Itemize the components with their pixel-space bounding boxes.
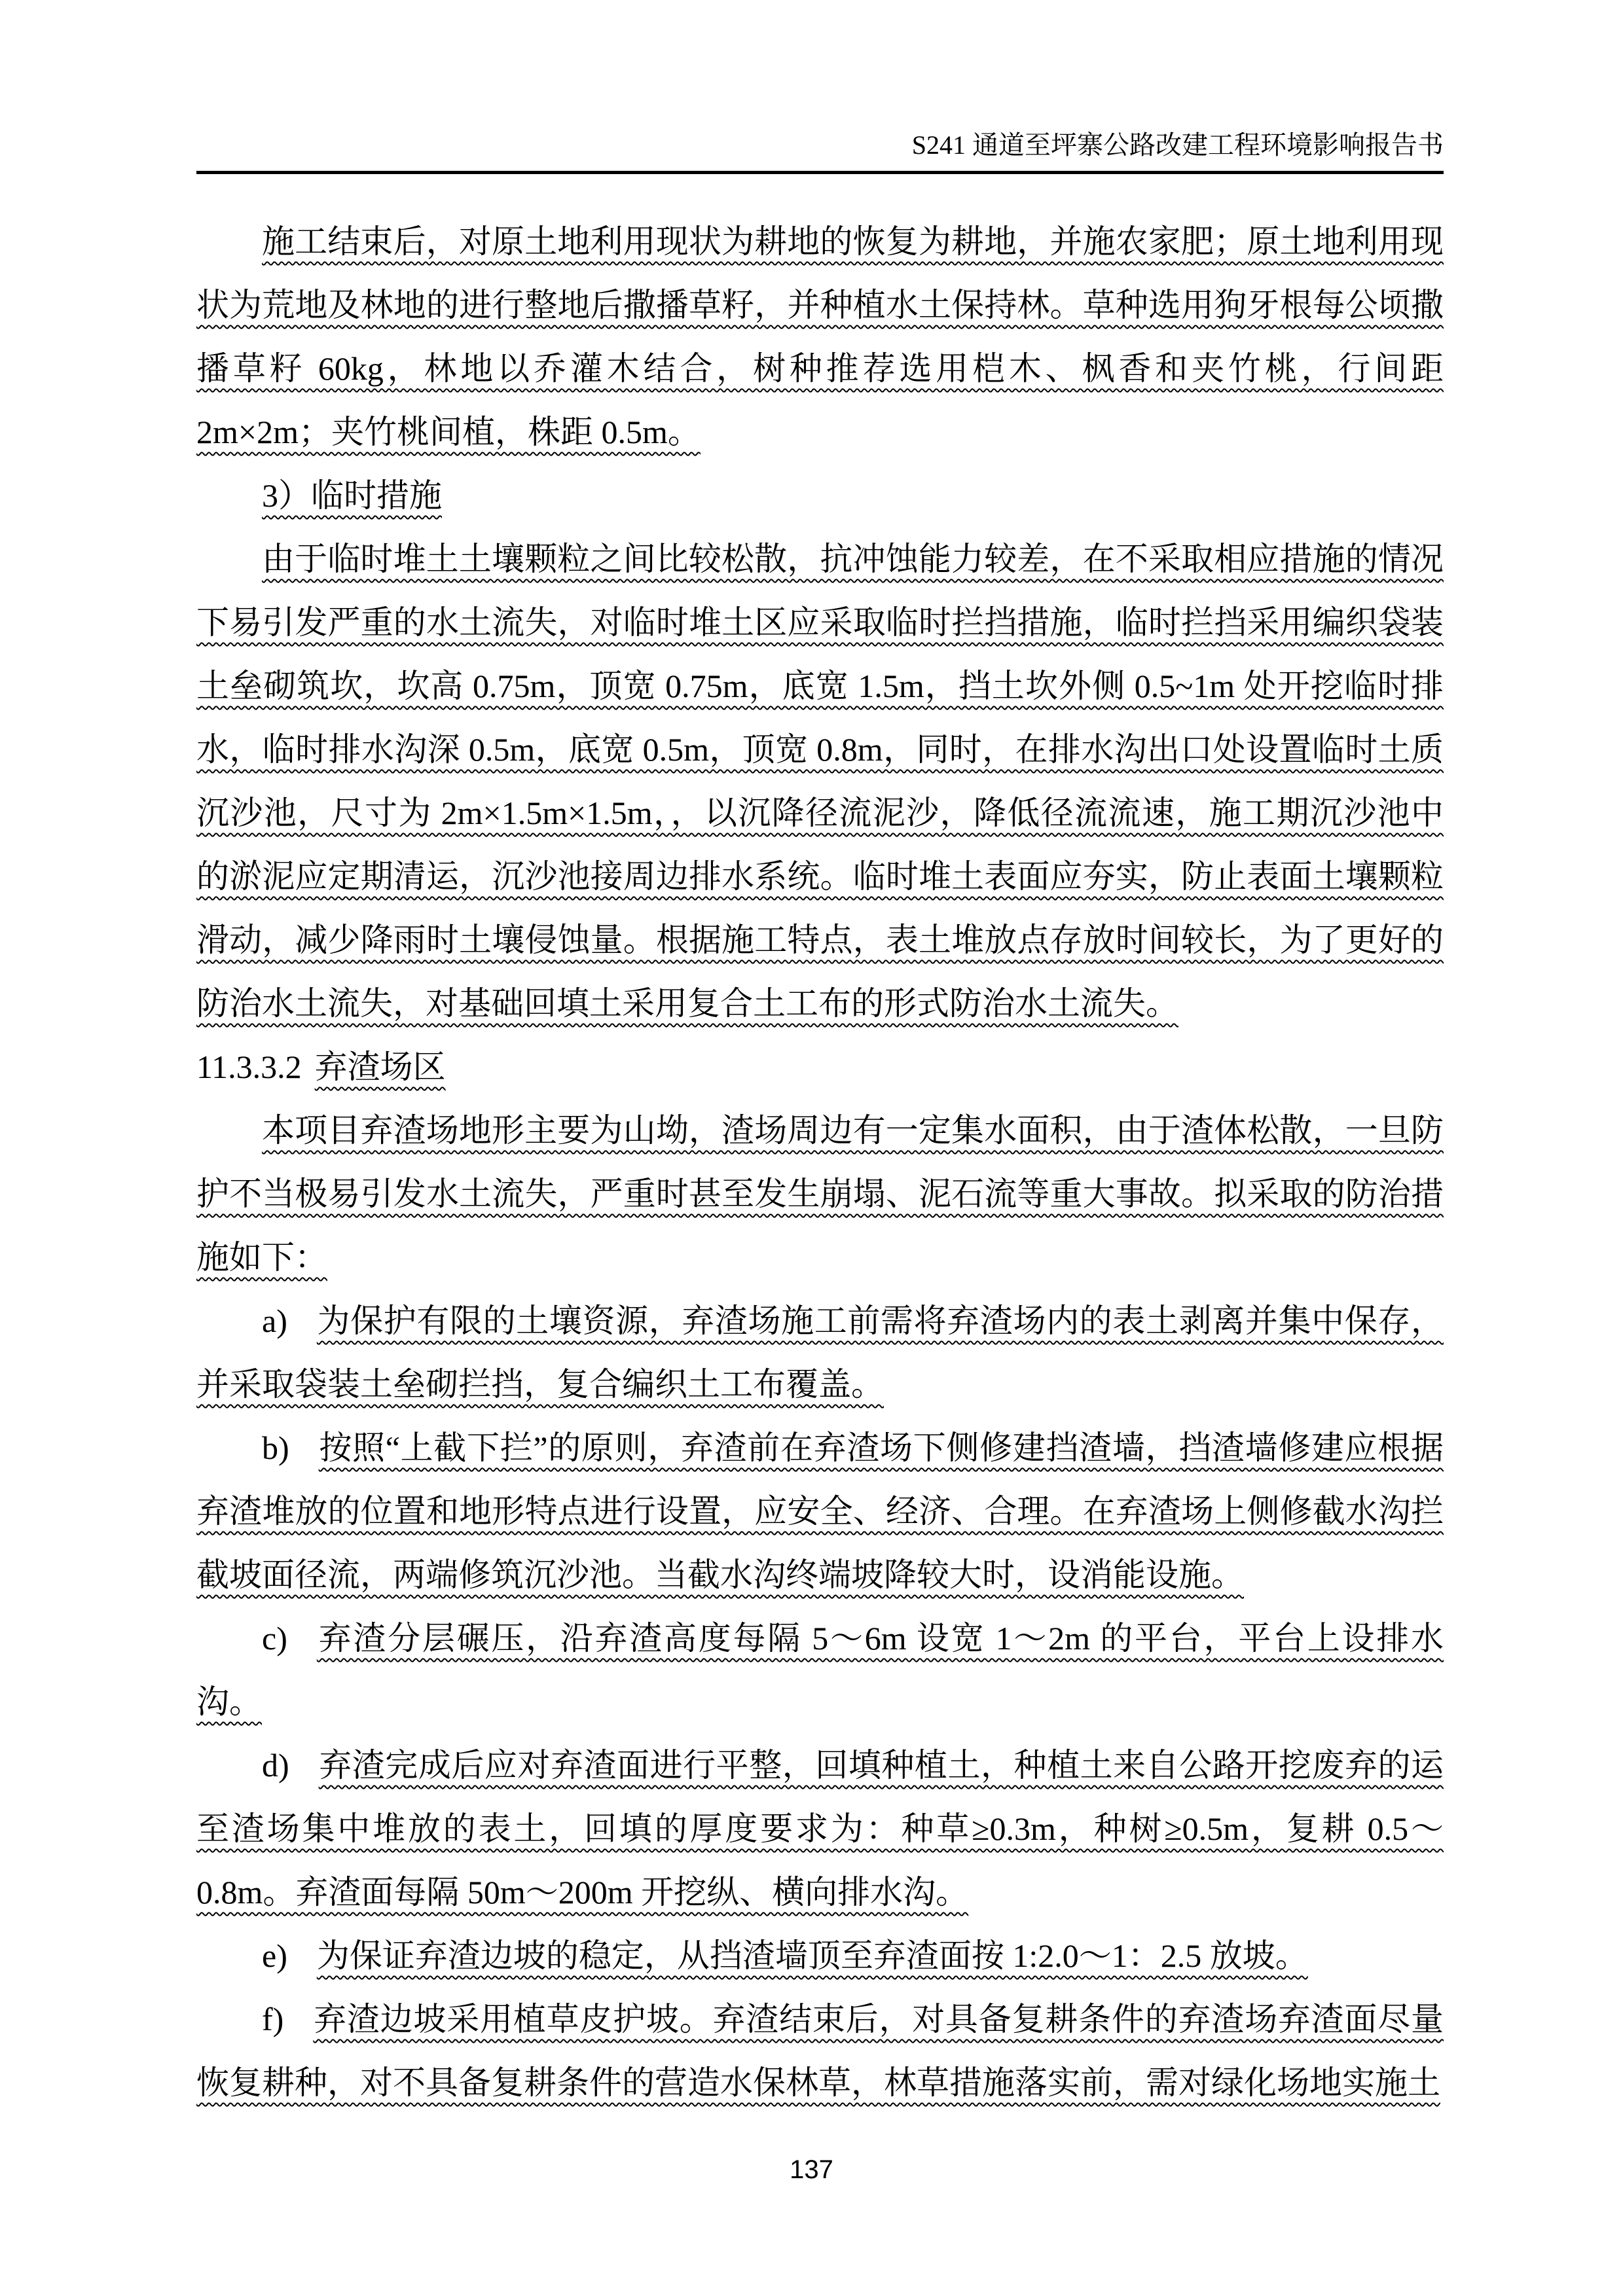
list-marker-c: c) bbox=[262, 1620, 287, 1657]
page-number: 137 bbox=[0, 2155, 1623, 2185]
list-marker-d: d) bbox=[262, 1747, 289, 1784]
list-item-c: c)弃渣分层碾压，沿弃渣高度每隔 5～6m 设宽 1～2m 的平台，平台上设排水… bbox=[196, 1607, 1444, 1734]
page-header: S241 通道至坪寨公路改建工程环境影响报告书 bbox=[196, 128, 1444, 162]
list-text-d: 弃渣完成后应对弃渣面进行平整，回填种植土，种植土来自公路开挖废弃的运至渣场集中堆… bbox=[196, 1747, 1444, 1910]
heading-temporary-measures: 3）临时措施 bbox=[196, 464, 1444, 528]
list-text-f: 弃渣边坡采用植草皮护坡。弃渣结束后，对具备复耕条件的弃渣场弃渣面尽量恢复耕种，对… bbox=[196, 2001, 1444, 2101]
document-body: 施工结束后，对原土地利用现状为耕地的恢复为耕地，并施农家肥；原土地利用现状为荒地… bbox=[196, 210, 1444, 2115]
paragraph-land-restoration: 施工结束后，对原土地利用现状为耕地的恢复为耕地，并施农家肥；原土地利用现状为荒地… bbox=[196, 210, 1444, 464]
list-item-d: d)弃渣完成后应对弃渣面进行平整，回填种植土，种植土来自公路开挖废弃的运至渣场集… bbox=[196, 1734, 1444, 1924]
paragraph-land-restoration-text: 施工结束后，对原土地利用现状为耕地的恢复为耕地，并施农家肥；原土地利用现状为荒地… bbox=[196, 223, 1444, 450]
list-item-a: a)为保护有限的土壤资源，弃渣场施工前需将弃渣场内的表土剥离并集中保存，并采取袋… bbox=[196, 1289, 1444, 1416]
list-marker-f: f) bbox=[262, 2001, 283, 2037]
list-marker-e: e) bbox=[262, 1937, 287, 1974]
header-title: S241 通道至坪寨公路改建工程环境影响报告书 bbox=[912, 130, 1444, 160]
paragraph-temporary-measures-text: 由于临时堆土土壤颗粒之间比较松散，抗冲蚀能力较差，在不采取相应措施的情况下易引发… bbox=[196, 541, 1444, 1022]
list-text-a: 为保护有限的土壤资源，弃渣场施工前需将弃渣场内的表土剥离并集中保存，并采取袋装土… bbox=[196, 1302, 1444, 1403]
paragraph-temporary-measures: 由于临时堆土土壤颗粒之间比较松散，抗冲蚀能力较差，在不采取相应措施的情况下易引发… bbox=[196, 528, 1444, 1035]
list-text-e: 为保证弃渣边坡的稳定，从挡渣墙顶至弃渣面按 1:2.0～1：2.5 放坡。 bbox=[317, 1937, 1308, 1974]
section-heading-spoil-area: 11.3.3.2弃渣场区 bbox=[196, 1035, 1444, 1099]
list-marker-b: b) bbox=[262, 1429, 289, 1466]
heading-temporary-measures-text: 3）临时措施 bbox=[262, 477, 442, 514]
section-title: 弃渣场区 bbox=[315, 1049, 446, 1085]
paragraph-spoil-intro-text: 本项目弃渣场地形主要为山坳，渣场周边有一定集水面积，由于渣体松散，一旦防护不当极… bbox=[196, 1112, 1444, 1276]
paragraph-spoil-intro: 本项目弃渣场地形主要为山坳，渣场周边有一定集水面积，由于渣体松散，一旦防护不当极… bbox=[196, 1099, 1444, 1289]
list-text-c: 弃渣分层碾压，沿弃渣高度每隔 5～6m 设宽 1～2m 的平台，平台上设排水沟。 bbox=[196, 1620, 1444, 1720]
list-marker-a: a) bbox=[262, 1302, 287, 1339]
document-page: S241 通道至坪寨公路改建工程环境影响报告书 施工结束后，对原土地利用现状为耕… bbox=[0, 0, 1623, 2296]
section-number: 11.3.3.2 bbox=[196, 1049, 302, 1085]
header-rule bbox=[196, 171, 1444, 174]
list-text-b: 按照“上截下拦”的原则，弃渣前在弃渣场下侧修建挡渣墙，挡渣墙修建应根据弃渣堆放的… bbox=[196, 1429, 1444, 1593]
list-item-b: b)按照“上截下拦”的原则，弃渣前在弃渣场下侧修建挡渣墙，挡渣墙修建应根据弃渣堆… bbox=[196, 1416, 1444, 1607]
list-item-f: f)弃渣边坡采用植草皮护坡。弃渣结束后，对具备复耕条件的弃渣场弃渣面尽量恢复耕种… bbox=[196, 1988, 1444, 2115]
list-item-e: e)为保证弃渣边坡的稳定，从挡渣墙顶至弃渣面按 1:2.0～1：2.5 放坡。 bbox=[196, 1924, 1444, 1988]
